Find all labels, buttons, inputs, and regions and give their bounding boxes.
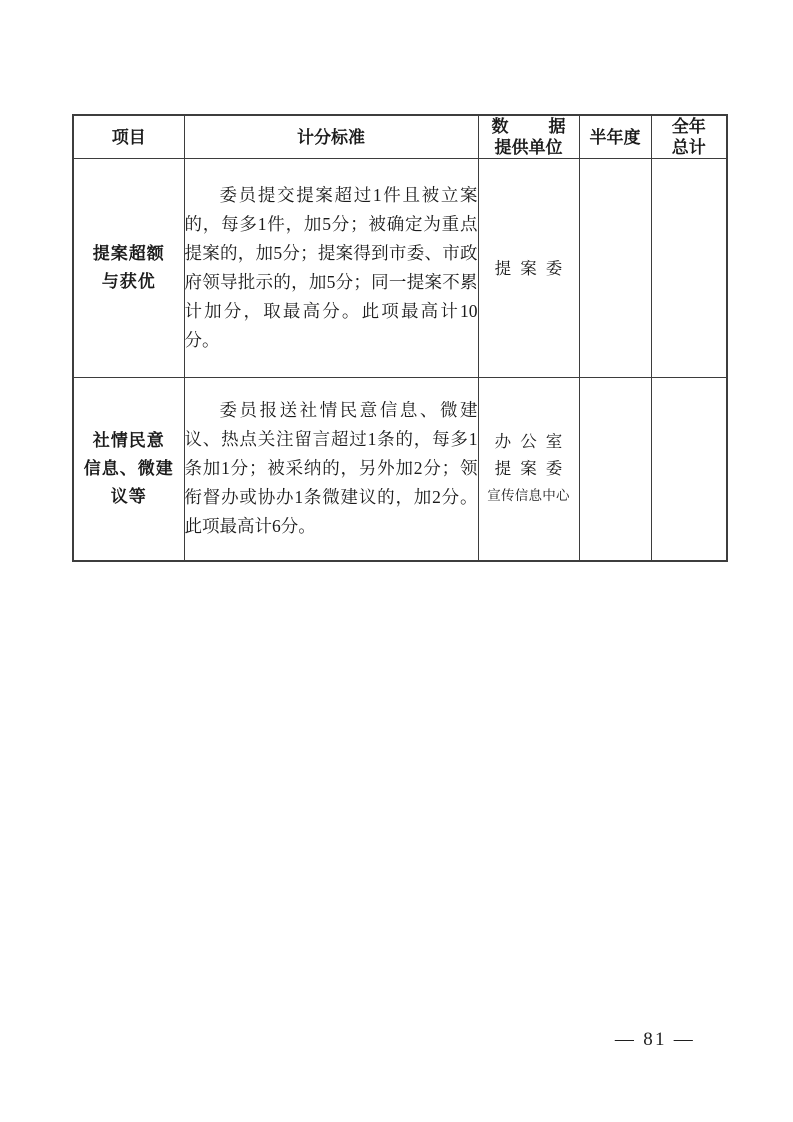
header-standard-label: 计分标准 xyxy=(191,127,472,148)
header-half-year-label: 半年度 xyxy=(586,127,645,148)
header-provider-label-line2: 提供单位 xyxy=(485,137,573,158)
header-cell-provider: 数据 提供单位 xyxy=(478,115,579,159)
item-label-line: 提案超额 xyxy=(74,240,184,268)
item-label-line: 信息、微建 xyxy=(74,455,184,483)
item-cell-public-opinion: 社情民意 信息、微建 议等 xyxy=(73,378,184,561)
page-number: — 81 — xyxy=(610,1029,700,1051)
item-label-line: 议等 xyxy=(74,483,184,511)
total-score-cell xyxy=(651,159,727,378)
provider-cell-public-opinion: 办公室 提案委 宣传信息中心 xyxy=(478,378,579,561)
provider-name: 提案委 xyxy=(479,455,579,482)
header-provider-label-line1: 数据 xyxy=(485,116,573,137)
table-row: 提案超额 与获优 委员提交提案超过1件且被立案的，每多1件，加5分；被确定为重点… xyxy=(73,159,727,378)
half-year-score-cell xyxy=(579,159,651,378)
header-cell-total: 全年 总计 xyxy=(651,115,727,159)
header-cell-half-year: 半年度 xyxy=(579,115,651,159)
standard-text: 委员提交提案超过1件且被立案的，每多1件，加5分；被确定为重点提案的，加5分；提… xyxy=(185,181,478,355)
standard-text: 委员报送社情民意信息、微建议、热点关注留言超过1条的，每多1条加1分；被采纳的，… xyxy=(185,396,478,541)
header-item-label: 项目 xyxy=(80,127,178,148)
header-total-label-line2: 总计 xyxy=(658,137,721,158)
item-label-line: 社情民意 xyxy=(74,427,184,455)
header-cell-item: 项目 xyxy=(73,115,184,159)
table-row: 社情民意 信息、微建 议等 委员报送社情民意信息、微建议、热点关注留言超过1条的… xyxy=(73,378,727,561)
table-header-row: 项目 计分标准 数据 提供单位 半年度 全年 总计 xyxy=(73,115,727,159)
provider-name: 办公室 xyxy=(479,428,579,455)
header-cell-standard: 计分标准 xyxy=(184,115,478,159)
standard-cell-public-opinion: 委员报送社情民意信息、微建议、热点关注留言超过1条的，每多1条加1分；被采纳的，… xyxy=(184,378,478,561)
half-year-score-cell xyxy=(579,378,651,561)
scoring-criteria-table: 项目 计分标准 数据 提供单位 半年度 全年 总计 xyxy=(72,114,728,562)
provider-cell-proposal-excess: 提案委 xyxy=(478,159,579,378)
provider-name: 提案委 xyxy=(479,255,579,282)
total-score-cell xyxy=(651,378,727,561)
document-page: 项目 计分标准 数据 提供单位 半年度 全年 总计 xyxy=(0,0,793,1122)
provider-name: 宣传信息中心 xyxy=(479,482,579,509)
item-cell-proposal-excess: 提案超额 与获优 xyxy=(73,159,184,378)
item-label-line: 与获优 xyxy=(74,268,184,296)
standard-cell-proposal-excess: 委员提交提案超过1件且被立案的，每多1件，加5分；被确定为重点提案的，加5分；提… xyxy=(184,159,478,378)
header-total-label-line1: 全年 xyxy=(658,116,721,137)
